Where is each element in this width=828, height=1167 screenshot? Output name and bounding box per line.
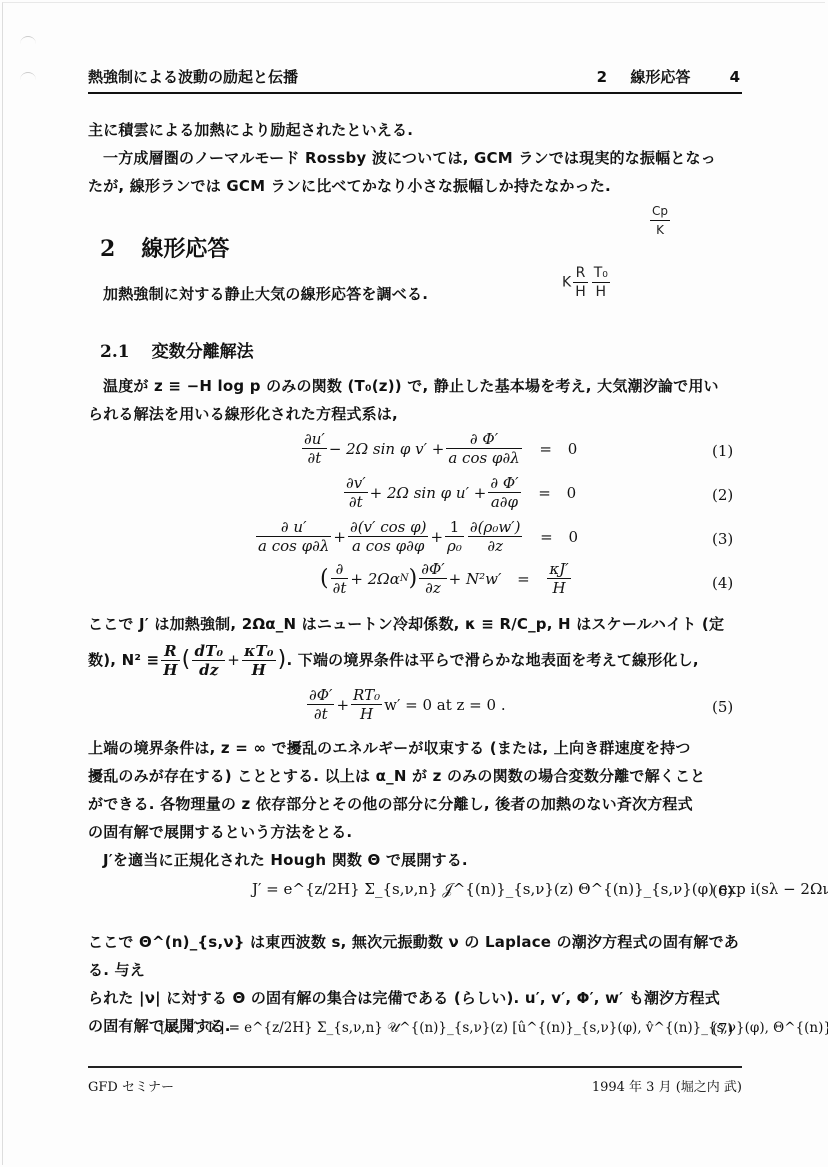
header-page-number: 4: [730, 68, 740, 86]
equation-4: ( ∂∂t + 2ΩαN ) ∂Φ′∂z + N²w′ = κJ′H: [320, 560, 573, 597]
paragraph-definitions: ここで J′ は加熱強制, 2Ωα_N はニュートン冷却係数, κ ≡ R/C_…: [88, 610, 742, 682]
equation-2: ∂v′∂t + 2Ω sin φ u′ + ∂ Φ′a∂φ = 0: [342, 474, 576, 511]
equation-1: ∂u′∂t − 2Ω sin φ v′ + ∂ Φ′a cos φ∂λ = 0: [300, 430, 577, 467]
intro-paragraph: 主に積雲による加熱により励起されたといえる. 一方成層圏のノーマルモード Ros…: [88, 116, 742, 200]
footer-left: GFD セミナー: [88, 1076, 174, 1095]
subsection-paragraph: 温度が z ≡ −H log p のみの関数 (T₀(z)) で, 静止した基本…: [88, 372, 742, 428]
subsection-title: 変数分離解法: [152, 342, 254, 362]
intro-line: 一方成層圏のノーマルモード Rossby 波については, GCM ランでは現実的…: [88, 144, 742, 172]
subsection-number: 2.1: [100, 342, 130, 362]
equation-number: (7): [712, 1020, 733, 1038]
section-number: 2: [100, 236, 115, 262]
equation-5: ∂Φ′∂t + RT₀H w′ = 0 at z = 0 .: [305, 686, 506, 723]
equation-number: (5): [712, 698, 733, 716]
handwritten-note-kappa-r-over-h: KRHT₀H: [562, 264, 612, 301]
handwritten-note-cp-over-k: CpK: [648, 202, 672, 239]
paragraph-boundary-conditions: 上端の境界条件は, z = ∞ で擾乱のエネルギーが収束する (または, 上向き…: [88, 734, 742, 874]
intro-line: 主に積雲による加熱により励起されたといえる.: [88, 116, 742, 144]
equation-6: J′ = e^{z/2H} Σ_{s,ν,n} 𝒥^{(n)}_{s,ν}(z)…: [252, 880, 828, 898]
section-heading: 2線形応答: [100, 232, 229, 263]
header-section: 2 線形応答 4: [579, 66, 740, 87]
header-title: 熱強制による波動の励起と伝播: [88, 66, 298, 87]
section-intro-text: 加熱強制に対する静止大気の線形応答を調べる.: [103, 280, 603, 308]
section-title: 線形応答: [141, 237, 229, 262]
footer-right: 1994 年 3 月 (堀之内 武): [560, 1076, 742, 1095]
equation-number: (2): [712, 486, 733, 504]
equation-number: (6): [712, 882, 733, 900]
header-rule: [88, 92, 742, 94]
equation-3: ∂ u′a cos φ∂λ + ∂(v′ cos φ)a cos φ∂φ + 1…: [254, 518, 578, 555]
subsection-heading: 2.1変数分離解法: [100, 337, 254, 362]
intro-line: たが, 線形ランでは GCM ランに比べてかなり小さな振幅しか持たなかった.: [88, 172, 742, 200]
header-section-name: 線形応答: [630, 68, 690, 86]
footer-rule: [88, 1066, 742, 1068]
scan-mark: [20, 72, 36, 81]
scan-mark: [20, 36, 36, 45]
equation-number: (1): [712, 442, 733, 460]
equation-number: (4): [712, 574, 733, 592]
header-section-number: 2: [597, 68, 607, 86]
equation-number: (3): [712, 530, 733, 548]
